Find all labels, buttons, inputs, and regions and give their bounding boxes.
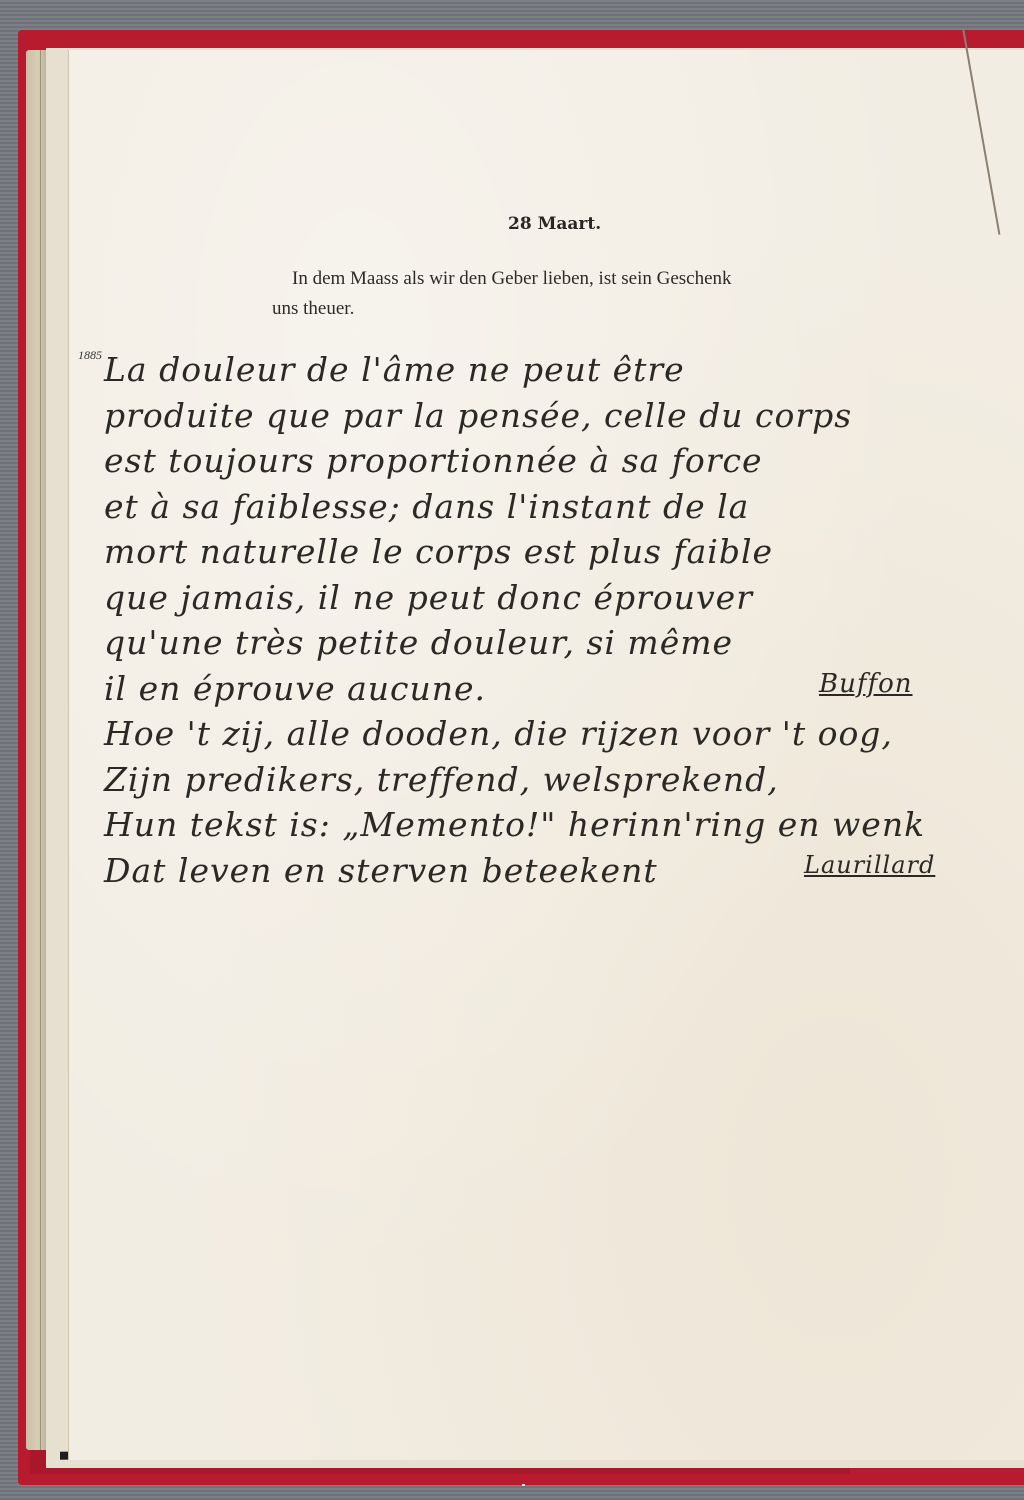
handwritten-text: La douleur de l'âme ne peut être <box>104 350 685 389</box>
handwritten-text: Hoe 't zij, alle dooden, die rijzen voor… <box>104 714 893 753</box>
date-heading: 28 Maart. <box>508 214 601 234</box>
handwritten-line: il en éprouve aucune. Buffon <box>104 669 984 715</box>
handwritten-text: qu'une très petite douleur, si même <box>104 623 733 662</box>
motto-line-1: In dem Maass als wir den Geber lieben, i… <box>272 264 892 294</box>
handwritten-text: Dat leven en sterven beteekent <box>104 851 658 890</box>
handwritten-line: La douleur de l'âme ne peut être <box>104 350 984 396</box>
handwritten-line: Hun tekst is: „Memento!" herinn'ring en … <box>104 805 984 851</box>
dust-speck <box>522 1484 525 1486</box>
handwritten-text: il en éprouve aucune. <box>104 669 486 708</box>
handwritten-line: mort naturelle le corps est plus faible <box>104 532 984 578</box>
handwritten-line: Dat leven en sterven beteekent Laurillar… <box>104 851 984 897</box>
handwritten-text: et à sa faiblesse; dans l'instant de la <box>104 487 749 526</box>
handwritten-text: que jamais, il ne peut donc éprouver <box>104 578 753 617</box>
handwritten-line: Zijn predikers, treffend, welsprekend, <box>104 760 984 806</box>
handwritten-line: est toujours proportionnée à sa force <box>104 441 984 487</box>
printed-motto: In dem Maass als wir den Geber lieben, i… <box>272 264 892 324</box>
handwritten-line: qu'une très petite douleur, si même <box>104 623 984 669</box>
motto-line-2: uns theuer. <box>272 294 892 324</box>
handwritten-text: Hun tekst is: „Memento!" herinn'ring en … <box>104 805 925 844</box>
margin-year-note: 1885 <box>78 348 102 363</box>
handwritten-line: et à sa faiblesse; dans l'instant de la <box>104 487 984 533</box>
handwritten-line: produite que par la pensée, celle du cor… <box>104 396 984 442</box>
page-stack-line <box>40 50 41 1450</box>
handwritten-text: produite que par la pensée, celle du cor… <box>104 396 852 435</box>
handwritten-text: est toujours proportionnée à sa force <box>104 441 763 480</box>
handwritten-line: Hoe 't zij, alle dooden, die rijzen voor… <box>104 714 984 760</box>
handwritten-text: mort naturelle le corps est plus faible <box>104 532 773 571</box>
handwritten-text: Zijn predikers, treffend, welsprekend, <box>104 760 779 799</box>
signature-laurillard: Laurillard <box>804 851 935 879</box>
signature-buffon: Buffon <box>819 669 913 699</box>
handwritten-line: que jamais, il ne peut donc éprouver <box>104 578 984 624</box>
handwritten-entry: La douleur de l'âme ne peut être produit… <box>104 350 984 896</box>
